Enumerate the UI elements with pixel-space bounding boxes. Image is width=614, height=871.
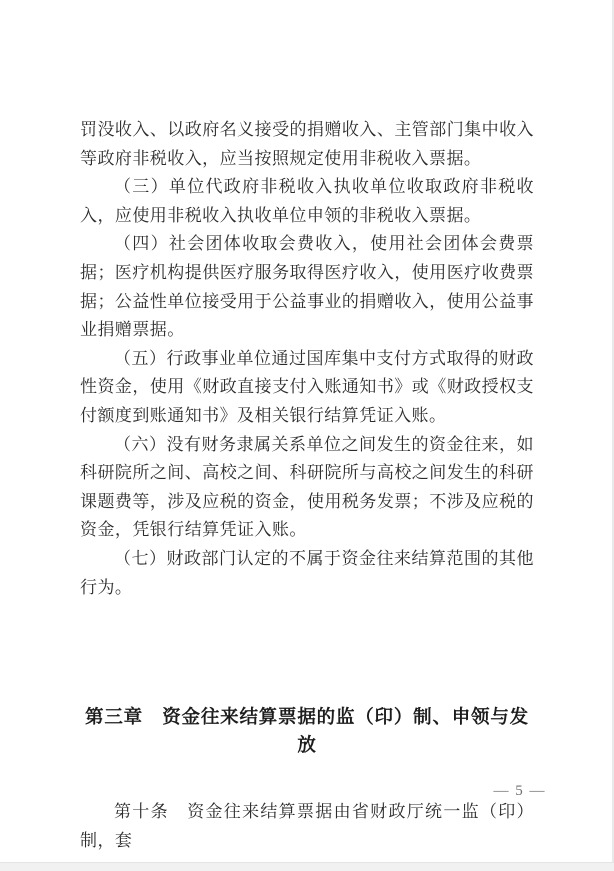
page-number: — 5 — bbox=[494, 782, 547, 800]
paragraph-article-10: 第十条 资金往来结算票据由省财政厅统一监（印）制，套 bbox=[80, 798, 534, 855]
paragraph-item-6: （六）没有财务隶属关系单位之间发生的资金往来，如科研院所之间、高校之间、科研院所… bbox=[80, 431, 534, 545]
paragraph-item-4: （四）社会团体收取会费收入，使用社会团体会费票据；医疗机构提供医疗服务取得医疗收… bbox=[80, 230, 534, 344]
paragraph-continuation: 罚没收入、以政府名义接受的捐赠收入、主管部门集中收入等政府非税收入，应当按照规定… bbox=[80, 116, 534, 173]
document-body: 罚没收入、以政府名义接受的捐赠收入、主管部门集中收入等政府非税收入，应当按照规定… bbox=[80, 116, 534, 855]
scan-artifact-bottom-strip bbox=[0, 862, 614, 871]
chapter-heading: 第三章 资金往来结算票据的监（印）制、申领与发放 bbox=[80, 703, 534, 759]
document-page: 罚没收入、以政府名义接受的捐赠收入、主管部门集中收入等政府非税收入，应当按照规定… bbox=[0, 0, 614, 871]
paragraph-item-3: （三）单位代政府非税收入执收单位收取政府非税收入，应使用非税收入执收单位申领的非… bbox=[80, 173, 534, 230]
paragraph-item-7: （七）财政部门认定的不属于资金往来结算范围的其他行为。 bbox=[80, 545, 534, 602]
paragraph-item-5: （五）行政事业单位通过国库集中支付方式取得的财政性资金，使用《财政直接支付入账通… bbox=[80, 345, 534, 431]
